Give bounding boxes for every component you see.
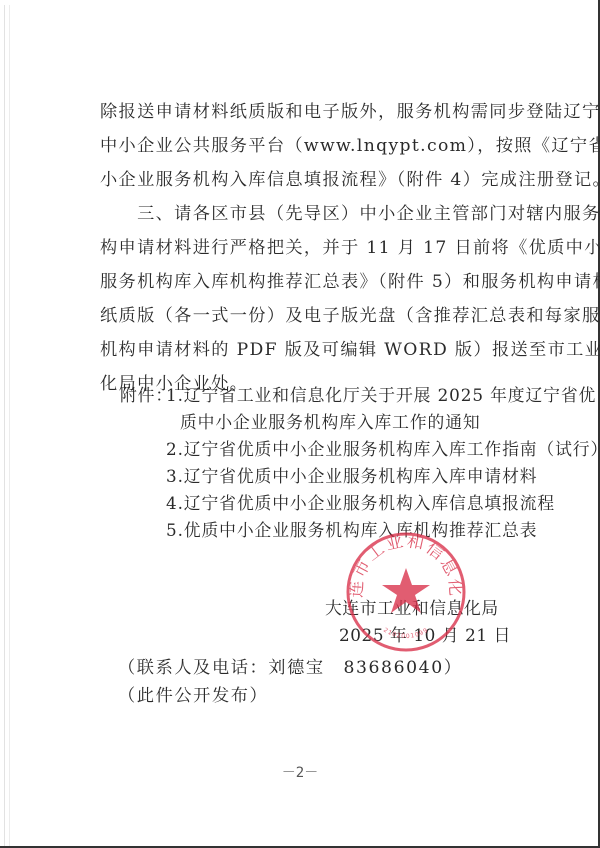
publication-note: （此件公开发布） — [118, 684, 268, 708]
page-number: －2－ — [0, 762, 600, 782]
svg-text:2102001099: 2102001099 — [382, 627, 430, 640]
attachment-item: 3.辽宁省优质中小企业服务机构库入库申请材料 — [166, 464, 537, 488]
body-line: 小企业服务机构入库信息填报流程》（附件 4）完成注册登记。 — [100, 168, 600, 192]
body-line: 构申请材料进行严格把关，并于 11 月 17 日前将《优质中小企业 — [100, 236, 600, 260]
scan-edge-line — [4, 5, 5, 846]
official-seal-icon: 大连市工业和信息化局 2102001099 — [344, 530, 468, 654]
body-line: 中小企业公共服务平台（www.lnqypt.com），按照《辽宁省优质中 — [100, 134, 600, 158]
attachment-item: 质中小企业服务机构库入库工作的通知 — [180, 410, 481, 434]
document-page: 除报送申请材料纸质版和电子版外，服务机构需同步登陆辽宁省 中小企业公共服务平台（… — [0, 0, 600, 848]
attachment-item: 1.辽宁省工业和信息化厅关于开展 2025 年度辽宁省优 — [166, 383, 596, 407]
body-line: 机构申请材料的 PDF 版及可编辑 WORD 版）报送至市工业和信息 — [100, 338, 600, 362]
body-line: 服务机构库入库机构推荐汇总表》（附件 5）和服务机构申请材料 — [100, 270, 600, 294]
scan-edge-line — [9, 5, 10, 846]
body-line: 纸质版（各一式一份）及电子版光盘（含推荐汇总表和每家服务 — [100, 304, 600, 328]
body-line: 三、请各区市县（先导区）中小企业主管部门对辖内服务机 — [100, 202, 600, 226]
body-line: 除报送申请材料纸质版和电子版外，服务机构需同步登陆辽宁省 — [100, 100, 600, 124]
contact-info: （联系人及电话：刘德宝 83686040） — [118, 656, 463, 680]
attachment-item: 4.辽宁省优质中小企业服务机构入库信息填报流程 — [166, 491, 555, 515]
attachment-item: 2.辽宁省优质中小企业服务机构库入库工作指南（试行） — [166, 437, 600, 461]
